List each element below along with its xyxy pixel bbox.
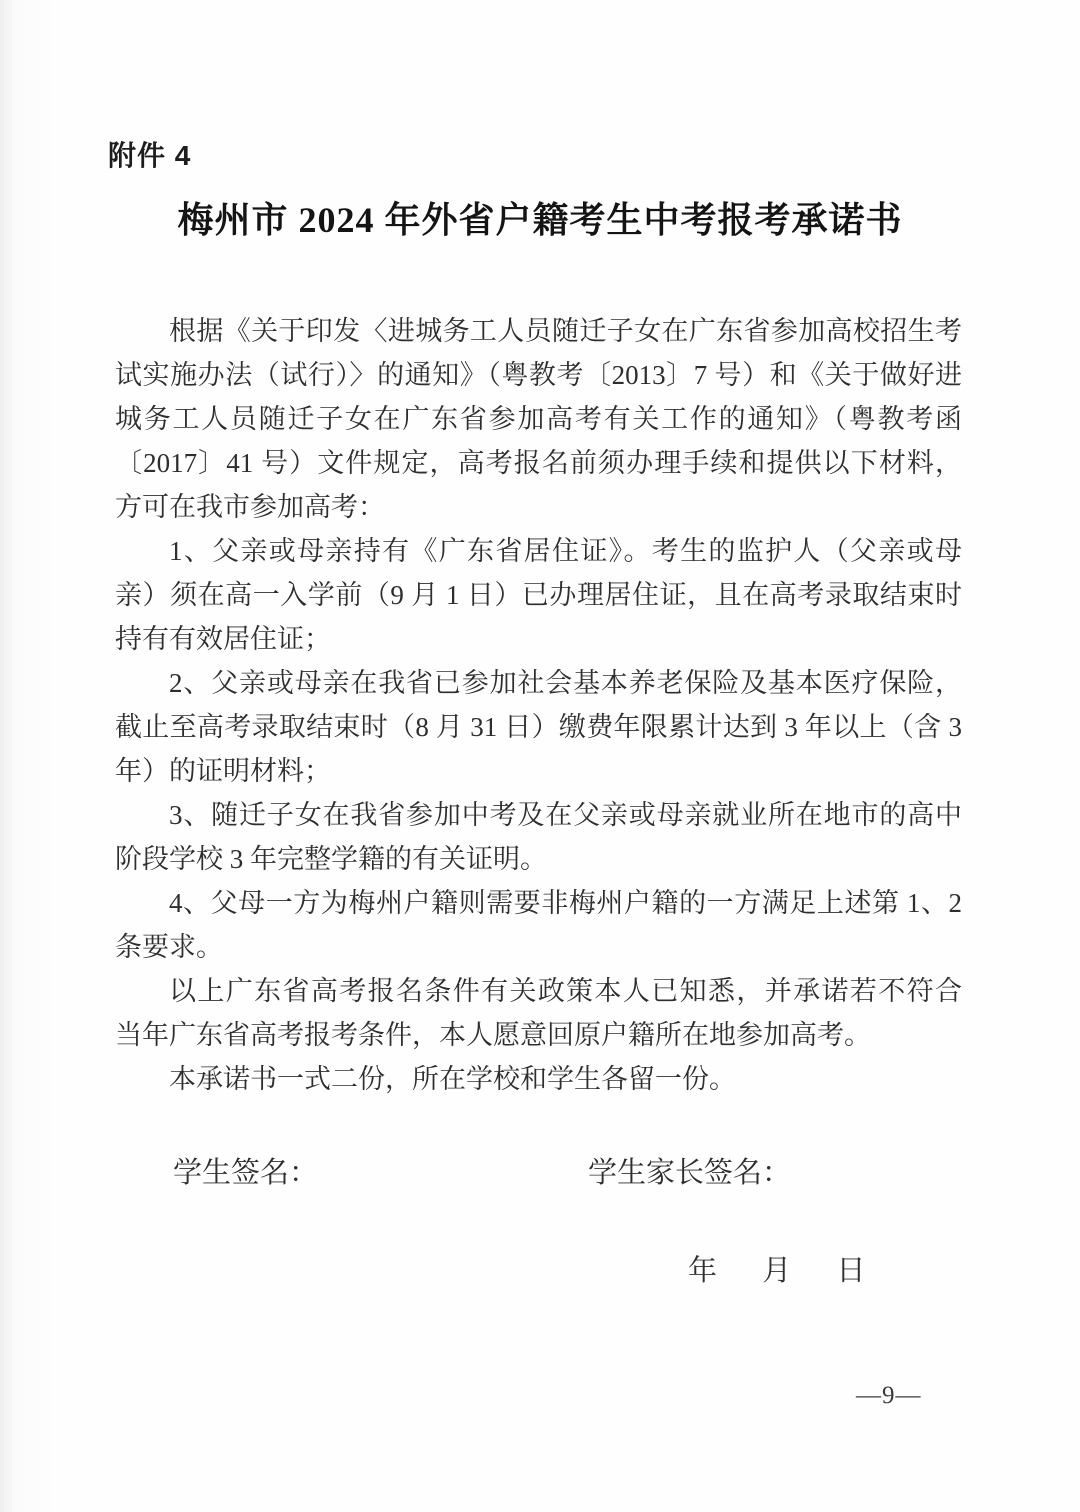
body-line: 当年广东省高考报考条件，本人愿意回原户籍所在地参加高考。: [115, 1013, 962, 1057]
date-line: 年 月 日: [688, 1248, 866, 1289]
body-line: 根据《关于印发〈进城务工人员随迁子女在广东省参加高校招生考: [115, 309, 962, 353]
body-line: 截止至高考录取结束时（8 月 31 日）缴费年限累计达到 3 年以上（含 3: [115, 705, 962, 749]
date-year-label: 年: [688, 1248, 717, 1289]
document-body: 根据《关于印发〈进城务工人员随迁子女在广东省参加高校招生考 试实施办法（试行）〉…: [115, 309, 962, 1101]
date-day-label: 日: [837, 1248, 866, 1289]
student-signature-label: 学生签名：: [173, 1150, 318, 1191]
signature-row: 学生签名： 学生家长签名：: [0, 1150, 1080, 1190]
parent-signature-label: 学生家长签名：: [588, 1150, 791, 1191]
body-line: 城务工人员随迁子女在广东省参加高考有关工作的通知》（粤教考函: [115, 397, 962, 441]
body-line: 〔2017〕41 号）文件规定，高考报名前须办理手续和提供以下材料，: [115, 441, 962, 485]
page-number: —9—: [856, 1382, 922, 1410]
body-line: 试实施办法（试行）〉的通知》（粤教考〔2013〕7 号）和《关于做好进: [115, 353, 962, 397]
body-line: 本承诺书一式二份，所在学校和学生各留一份。: [115, 1057, 962, 1101]
date-month-label: 月: [762, 1248, 791, 1289]
body-line: 2、父亲或母亲在我省已参加社会基本养老保险及基本医疗保险，: [115, 661, 962, 705]
attachment-label: 附件 4: [108, 134, 191, 174]
body-line: 持有有效居住证；: [115, 617, 962, 661]
body-line: 3、随迁子女在我省参加中考及在父亲或母亲就业所在地市的高中: [115, 793, 962, 837]
document-page: 附件 4 梅州市 2024 年外省户籍考生中考报考承诺书 根据《关于印发〈进城务…: [0, 0, 1080, 1512]
body-line: 条要求。: [115, 925, 962, 969]
body-line: 阶段学校 3 年完整学籍的有关证明。: [115, 837, 962, 881]
body-line: 以上广东省高考报名条件有关政策本人已知悉，并承诺若不符合: [115, 969, 962, 1013]
body-line: 年）的证明材料；: [115, 749, 962, 793]
document-title: 梅州市 2024 年外省户籍考生中考报考承诺书: [0, 192, 1080, 243]
body-line: 4、父母一方为梅州户籍则需要非梅州户籍的一方满足上述第 1、2: [115, 881, 962, 925]
body-line: 方可在我市参加高考：: [115, 485, 962, 529]
body-line: 1、父亲或母亲持有《广东省居住证》。考生的监护人（父亲或母: [115, 529, 962, 573]
body-line: 亲）须在高一入学前（9 月 1 日）已办理居住证，且在高考录取结束时: [115, 573, 962, 617]
